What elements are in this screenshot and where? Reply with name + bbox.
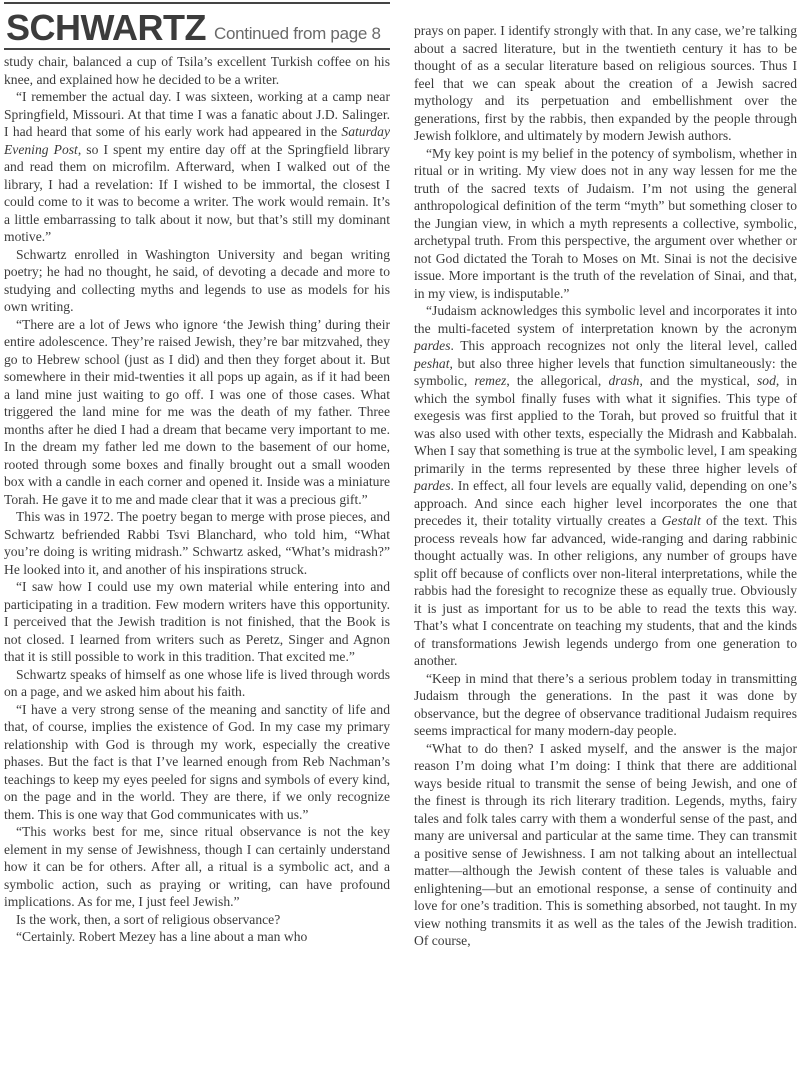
term-remez: remez bbox=[474, 373, 506, 388]
right-column-text: prays on paper. I identify strongly with… bbox=[414, 22, 797, 950]
left-column-text: study chair, balanced a cup of Tsila’s e… bbox=[4, 53, 390, 946]
paragraph-text: “Judaism acknowledges this symbolic leve… bbox=[414, 303, 797, 336]
term-peshat: peshat bbox=[414, 356, 450, 371]
paragraph: Is the work, then, a sort of religious o… bbox=[4, 911, 390, 929]
paragraph: “My key point is my belief in the potenc… bbox=[414, 145, 797, 303]
term-sod: sod bbox=[757, 373, 776, 388]
right-column: prays on paper. I identify strongly with… bbox=[414, 0, 797, 950]
paragraph: “Certainly. Robert Mezey has a line abou… bbox=[4, 928, 390, 946]
paragraph-text: , in which the symbol finally fuses with… bbox=[414, 373, 797, 476]
paragraph: “I saw how I could use my own material w… bbox=[4, 578, 390, 666]
paragraph: “There are a lot of Jews who ignore ‘the… bbox=[4, 316, 390, 509]
term-drash: drash bbox=[608, 373, 639, 388]
paragraph: prays on paper. I identify strongly with… bbox=[414, 22, 797, 145]
paragraph: “This works best for me, since ritual ob… bbox=[4, 823, 390, 911]
article-title: SCHWARTZ bbox=[6, 8, 206, 48]
paragraph: “I remember the actual day. I was sixtee… bbox=[4, 88, 390, 246]
term-pardes: pardes bbox=[414, 478, 451, 493]
term-gestalt: Gestalt bbox=[662, 513, 701, 528]
paragraph-text: “I remember the actual day. I was sixtee… bbox=[4, 89, 390, 139]
newspaper-page: SCHWARTZ Continued from page 8 study cha… bbox=[0, 0, 800, 1084]
paragraph: “Keep in mind that there’s a serious pro… bbox=[414, 670, 797, 740]
paragraph-text: . This approach recognizes not only the … bbox=[451, 338, 798, 353]
paragraph-text: , and the mystical, bbox=[639, 373, 757, 388]
paragraph: “I have a very strong sense of the meani… bbox=[4, 701, 390, 824]
paragraph: Schwartz enrolled in Washington Universi… bbox=[4, 246, 390, 316]
paragraph: study chair, balanced a cup of Tsila’s e… bbox=[4, 53, 390, 88]
paragraph: This was in 1972. The poetry began to me… bbox=[4, 508, 390, 578]
paragraph-text: , the allegorical, bbox=[506, 373, 608, 388]
left-column: SCHWARTZ Continued from page 8 study cha… bbox=[4, 0, 390, 946]
paragraph: “Judaism acknowledges this symbolic leve… bbox=[414, 302, 797, 670]
paragraph: “What to do then? I asked myself, and th… bbox=[414, 740, 797, 950]
continued-from-label: Continued from page 8 bbox=[214, 24, 381, 44]
term-pardes: pardes bbox=[414, 338, 451, 353]
article-header: SCHWARTZ Continued from page 8 bbox=[4, 2, 390, 50]
paragraph: Schwartz speaks of himself as one whose … bbox=[4, 666, 390, 701]
paragraph-text: of the text. This process reveals how fa… bbox=[414, 513, 797, 668]
